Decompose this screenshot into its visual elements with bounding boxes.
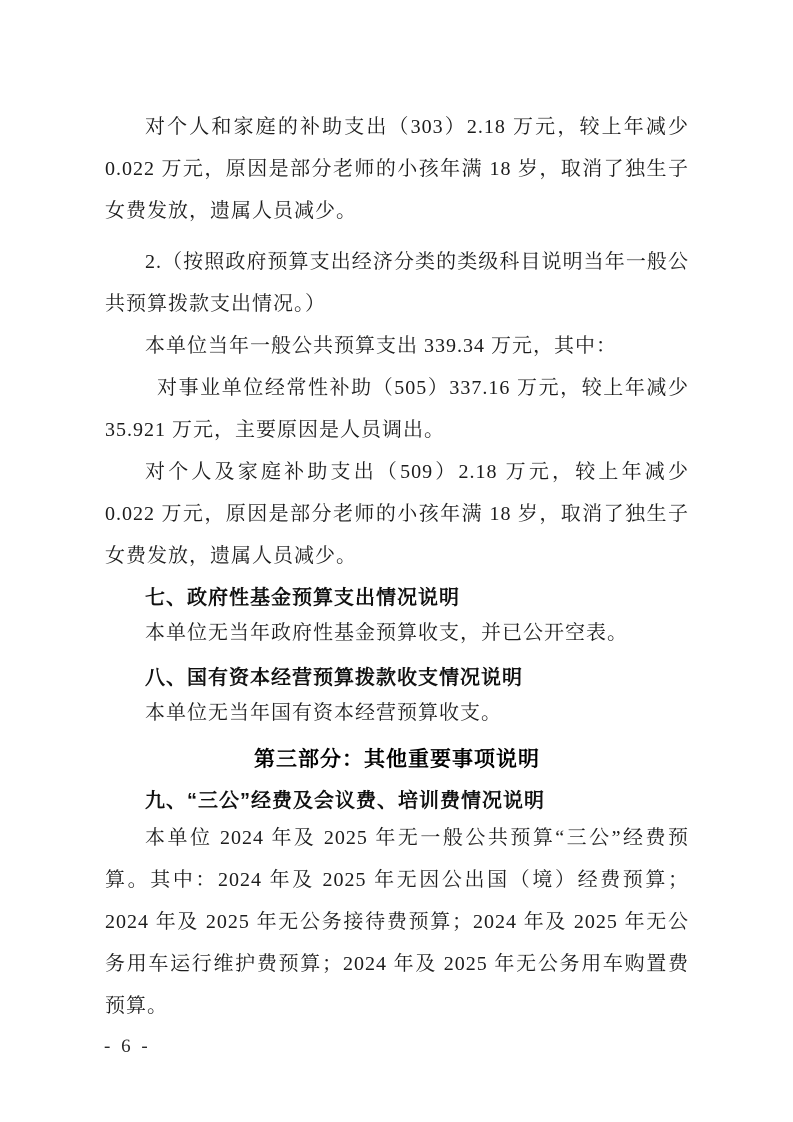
paragraph-economic-classification-note: 2.（按照政府预算支出经济分类的类级科目说明当年一般公共预算拨款支出情况。）	[105, 241, 689, 325]
paragraph-family-subsidy-509: 对个人及家庭补助支出（509）2.18 万元，较上年减少 0.022 万元，原因…	[105, 451, 689, 577]
document-page: 对个人和家庭的补助支出（303）2.18 万元，较上年减少 0.022 万元，原…	[0, 0, 793, 1122]
paragraph-three-public-expenses-detail: 本单位 2024 年及 2025 年无一般公共预算“三公”经费预算。其中：202…	[105, 817, 689, 1027]
part-three-title: 第三部分：其他重要事项说明	[105, 738, 689, 780]
page-number: - 6 -	[104, 1036, 151, 1058]
paragraph-no-state-capital: 本单位无当年国有资本经营预算收支。	[105, 692, 689, 734]
paragraph-total-budget-expenditure: 本单位当年一般公共预算支出 339.34 万元，其中：	[105, 325, 689, 367]
paragraph-subsidy-303: 对个人和家庭的补助支出（303）2.18 万元，较上年减少 0.022 万元，原…	[105, 106, 689, 232]
section-heading-9-three-public-expenses: 九、“三公”经费及会议费、培训费情况说明	[105, 780, 689, 822]
paragraph-no-government-fund: 本单位无当年政府性基金预算收支，并已公开空表。	[105, 612, 689, 654]
paragraph-institution-subsidy-505: 对事业单位经常性补助（505）337.16 万元，较上年减少 35.921 万元…	[105, 367, 689, 451]
document-content: 对个人和家庭的补助支出（303）2.18 万元，较上年减少 0.022 万元，原…	[105, 106, 689, 1027]
